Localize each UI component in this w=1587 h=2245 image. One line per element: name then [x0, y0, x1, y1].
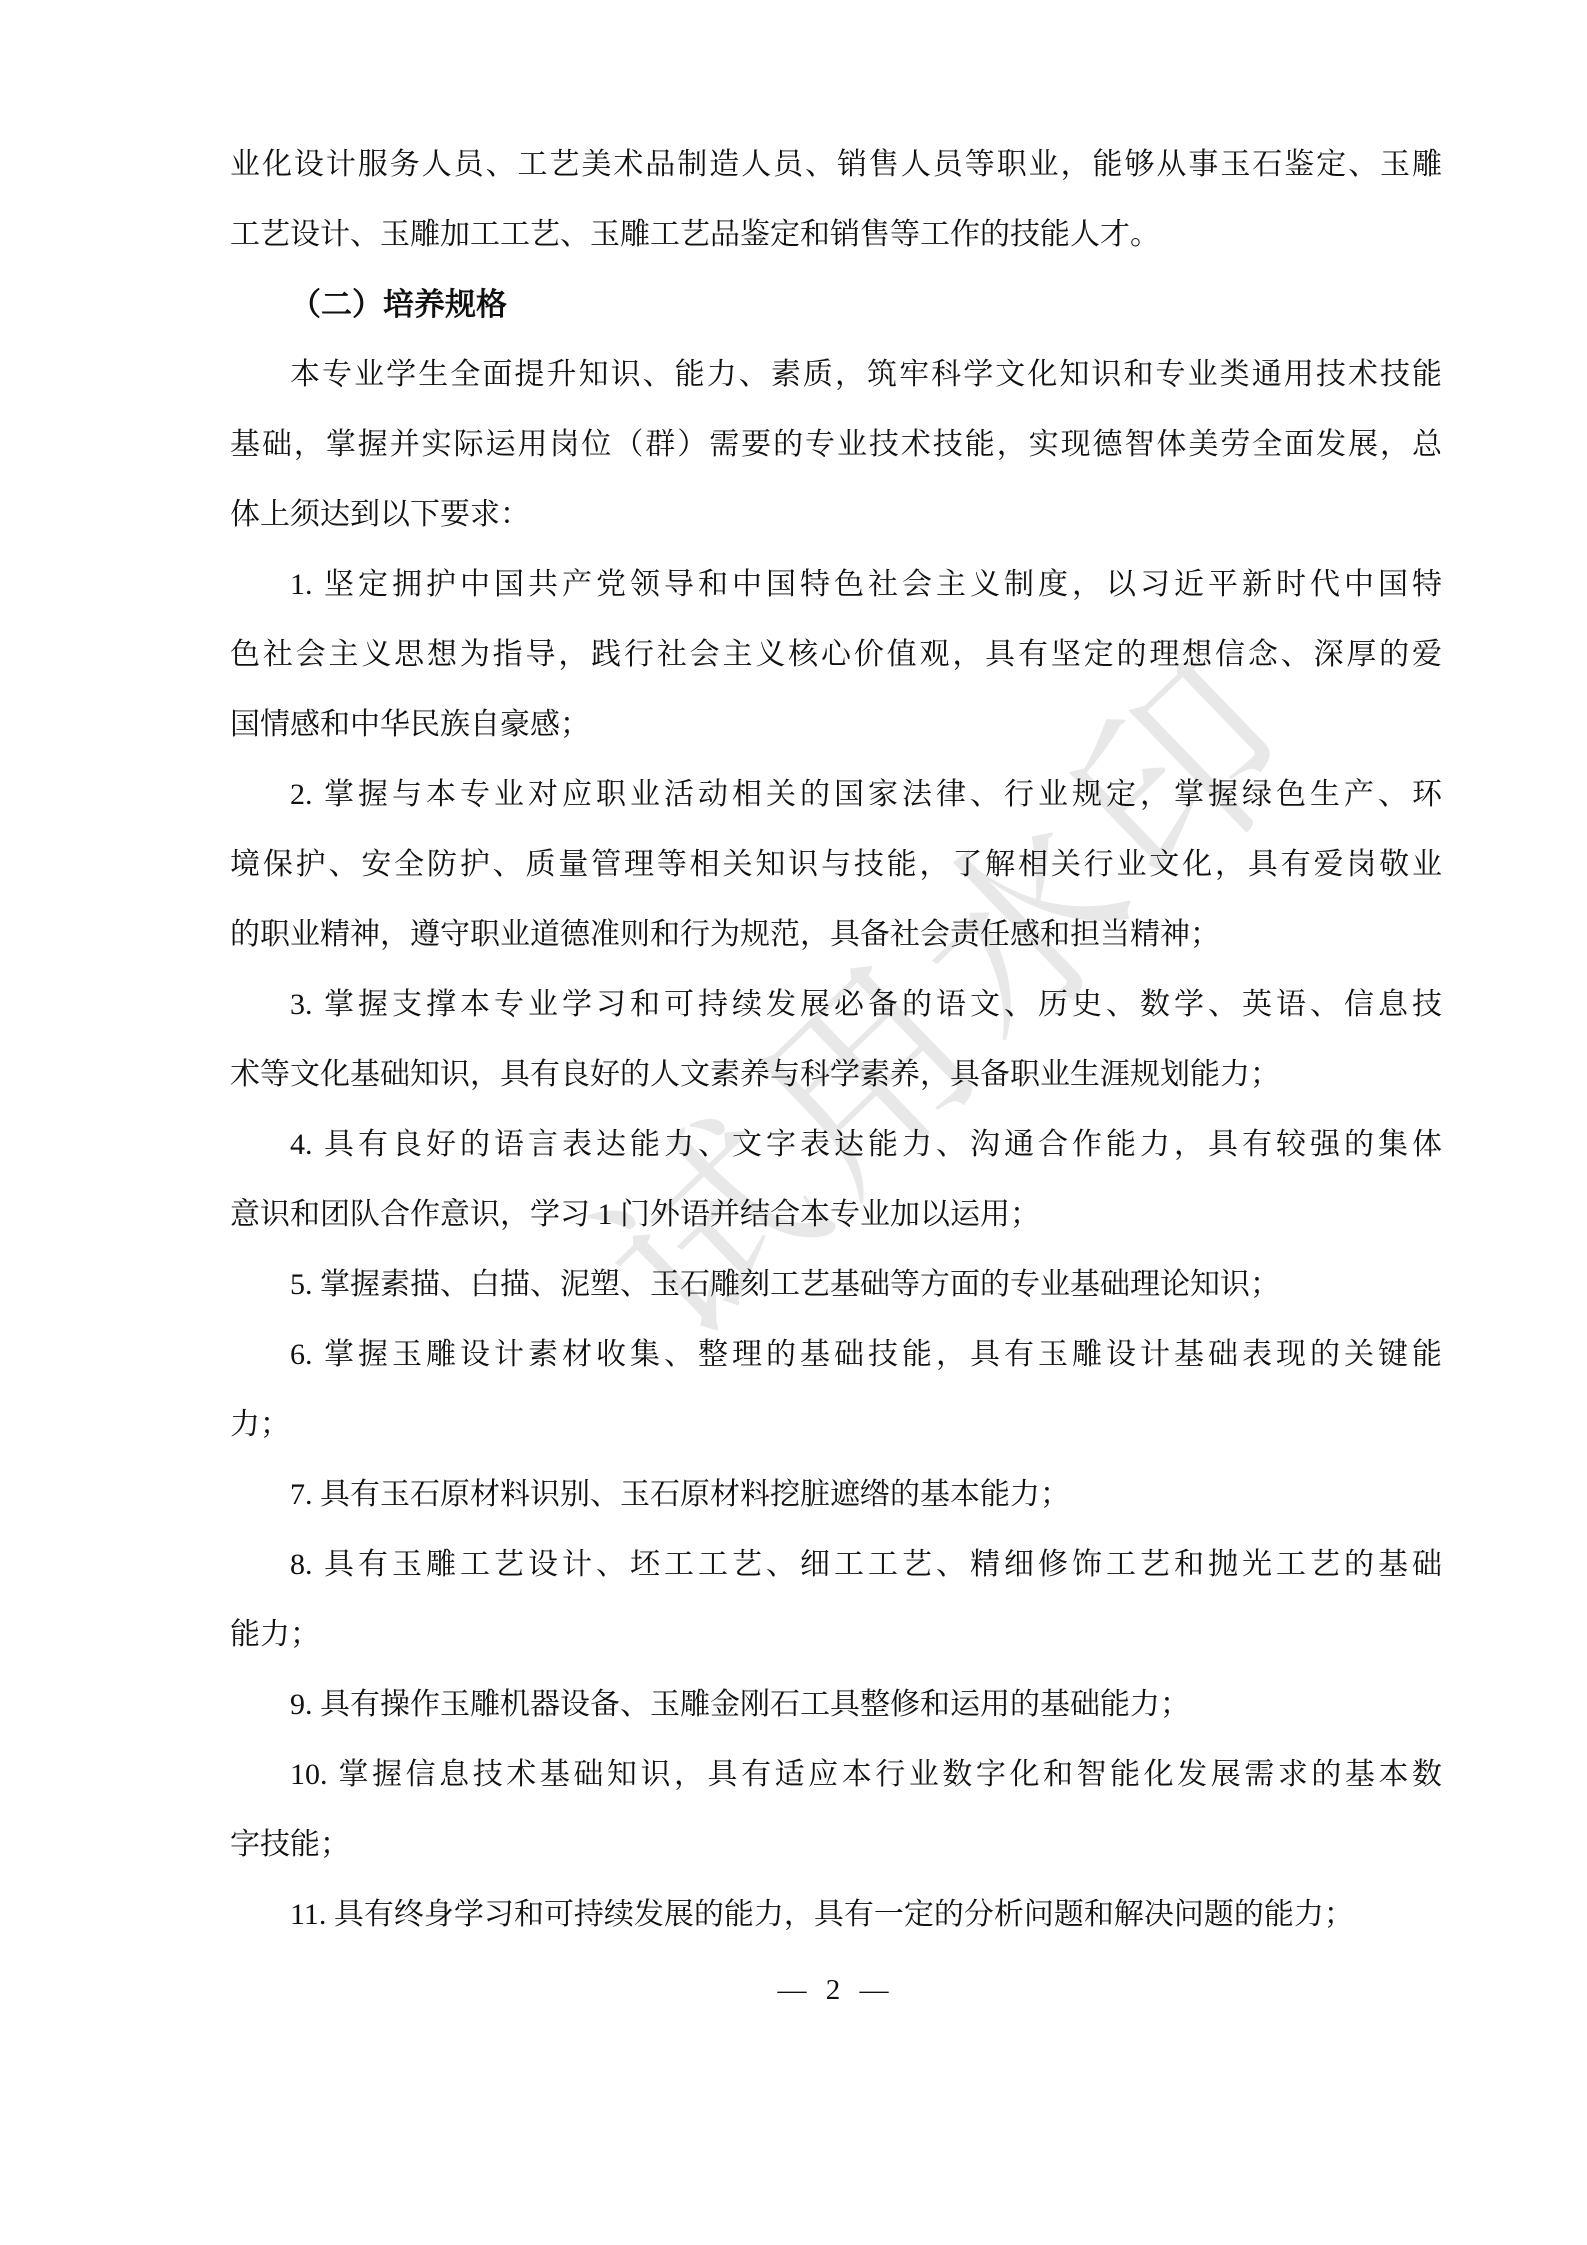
text-line: 3. 掌握支撑本专业学习和可持续发展必备的语文、历史、数学、英语、信息技 [230, 970, 1442, 1040]
text-line: 力； [230, 1390, 1442, 1460]
text-line: 境保护、安全防护、质量管理等相关知识与技能，了解相关行业文化，具有爱岗敬业 [230, 830, 1442, 900]
text-line: 4. 具有良好的语言表达能力、文字表达能力、沟通合作能力，具有较强的集体 [230, 1110, 1442, 1180]
requirement-item-9: 9. 具有操作玉雕机器设备、玉雕金刚石工具整修和运用的基础能力； [230, 1670, 1442, 1740]
text-line: 能力； [230, 1600, 1442, 1670]
requirement-item-3: 3. 掌握支撑本专业学习和可持续发展必备的语文、历史、数学、英语、信息技术等文化… [230, 970, 1442, 1110]
text-line: 11. 具有终身学习和可持续发展的能力，具有一定的分析问题和解决问题的能力； [230, 1880, 1442, 1950]
text-line: 基础，掌握并实际运用岗位（群）需要的专业技术技能，实现德智体美劳全面发展，总 [230, 410, 1442, 480]
requirement-item-6: 6. 掌握玉雕设计素材收集、整理的基础技能，具有玉雕设计基础表现的关键能力； [230, 1320, 1442, 1460]
document-page: 试用水印 业化设计服务人员、工艺美术品制造人员、销售人员等职业，能够从事玉石鉴定… [0, 0, 1587, 2245]
requirement-item-10: 10. 掌握信息技术基础知识，具有适应本行业数字化和智能化发展需求的基本数字技能… [230, 1740, 1442, 1880]
requirement-item-4: 4. 具有良好的语言表达能力、文字表达能力、沟通合作能力，具有较强的集体意识和团… [230, 1110, 1442, 1250]
text-line: 7. 具有玉石原材料识别、玉石原材料挖脏遮绺的基本能力； [230, 1460, 1442, 1530]
text-line: 意识和团队合作意识，学习 1 门外语并结合本专业加以运用； [230, 1180, 1442, 1250]
requirement-item-5: 5. 掌握素描、白描、泥塑、玉石雕刻工艺基础等方面的专业基础理论知识； [230, 1250, 1442, 1320]
document-body: 业化设计服务人员、工艺美术品制造人员、销售人员等职业，能够从事玉石鉴定、玉雕工艺… [230, 130, 1442, 1950]
text-line: 2. 掌握与本专业对应职业活动相关的国家法律、行业规定，掌握绿色生产、环 [230, 760, 1442, 830]
text-line: 9. 具有操作玉雕机器设备、玉雕金刚石工具整修和运用的基础能力； [230, 1670, 1442, 1740]
paragraph-continuation: 业化设计服务人员、工艺美术品制造人员、销售人员等职业，能够从事玉石鉴定、玉雕工艺… [230, 130, 1442, 270]
text-line: 的职业精神，遵守职业道德准则和行为规范，具备社会责任感和担当精神； [230, 900, 1442, 970]
text-line: 工艺设计、玉雕加工工艺、玉雕工艺品鉴定和销售等工作的技能人才。 [230, 200, 1442, 270]
text-line: 字技能； [230, 1810, 1442, 1880]
text-line: 10. 掌握信息技术基础知识，具有适应本行业数字化和智能化发展需求的基本数 [230, 1740, 1442, 1810]
section-heading-training-specs: （二）培养规格 [230, 270, 1442, 340]
text-line: 1. 坚定拥护中国共产党领导和中国特色社会主义制度，以习近平新时代中国特 [230, 550, 1442, 620]
text-line: 术等文化基础知识，具有良好的人文素养与科学素养，具备职业生涯规划能力； [230, 1040, 1442, 1110]
requirement-item-11: 11. 具有终身学习和可持续发展的能力，具有一定的分析问题和解决问题的能力； [230, 1880, 1442, 1950]
requirement-item-7: 7. 具有玉石原材料识别、玉石原材料挖脏遮绺的基本能力； [230, 1460, 1442, 1530]
text-line: （二）培养规格 [230, 270, 1442, 340]
paragraph-overview: 本专业学生全面提升知识、能力、素质，筑牢科学文化知识和专业类通用技术技能基础，掌… [230, 340, 1442, 550]
text-line: 5. 掌握素描、白描、泥塑、玉石雕刻工艺基础等方面的专业基础理论知识； [230, 1250, 1442, 1320]
requirement-item-2: 2. 掌握与本专业对应职业活动相关的国家法律、行业规定，掌握绿色生产、环境保护、… [230, 760, 1442, 970]
text-line: 业化设计服务人员、工艺美术品制造人员、销售人员等职业，能够从事玉石鉴定、玉雕 [230, 130, 1442, 200]
page-number: — 2 — [778, 1974, 895, 2006]
requirement-item-1: 1. 坚定拥护中国共产党领导和中国特色社会主义制度，以习近平新时代中国特色社会主… [230, 550, 1442, 760]
text-line: 色社会主义思想为指导，践行社会主义核心价值观，具有坚定的理想信念、深厚的爱 [230, 620, 1442, 690]
page-footer: — 2 — [230, 1955, 1442, 2025]
text-line: 国情感和中华民族自豪感； [230, 690, 1442, 760]
text-line: 6. 掌握玉雕设计素材收集、整理的基础技能，具有玉雕设计基础表现的关键能 [230, 1320, 1442, 1390]
text-line: 本专业学生全面提升知识、能力、素质，筑牢科学文化知识和专业类通用技术技能 [230, 340, 1442, 410]
text-line: 体上须达到以下要求： [230, 480, 1442, 550]
requirement-item-8: 8. 具有玉雕工艺设计、坯工工艺、细工工艺、精细修饰工艺和抛光工艺的基础能力； [230, 1530, 1442, 1670]
text-line: 8. 具有玉雕工艺设计、坯工工艺、细工工艺、精细修饰工艺和抛光工艺的基础 [230, 1530, 1442, 1600]
